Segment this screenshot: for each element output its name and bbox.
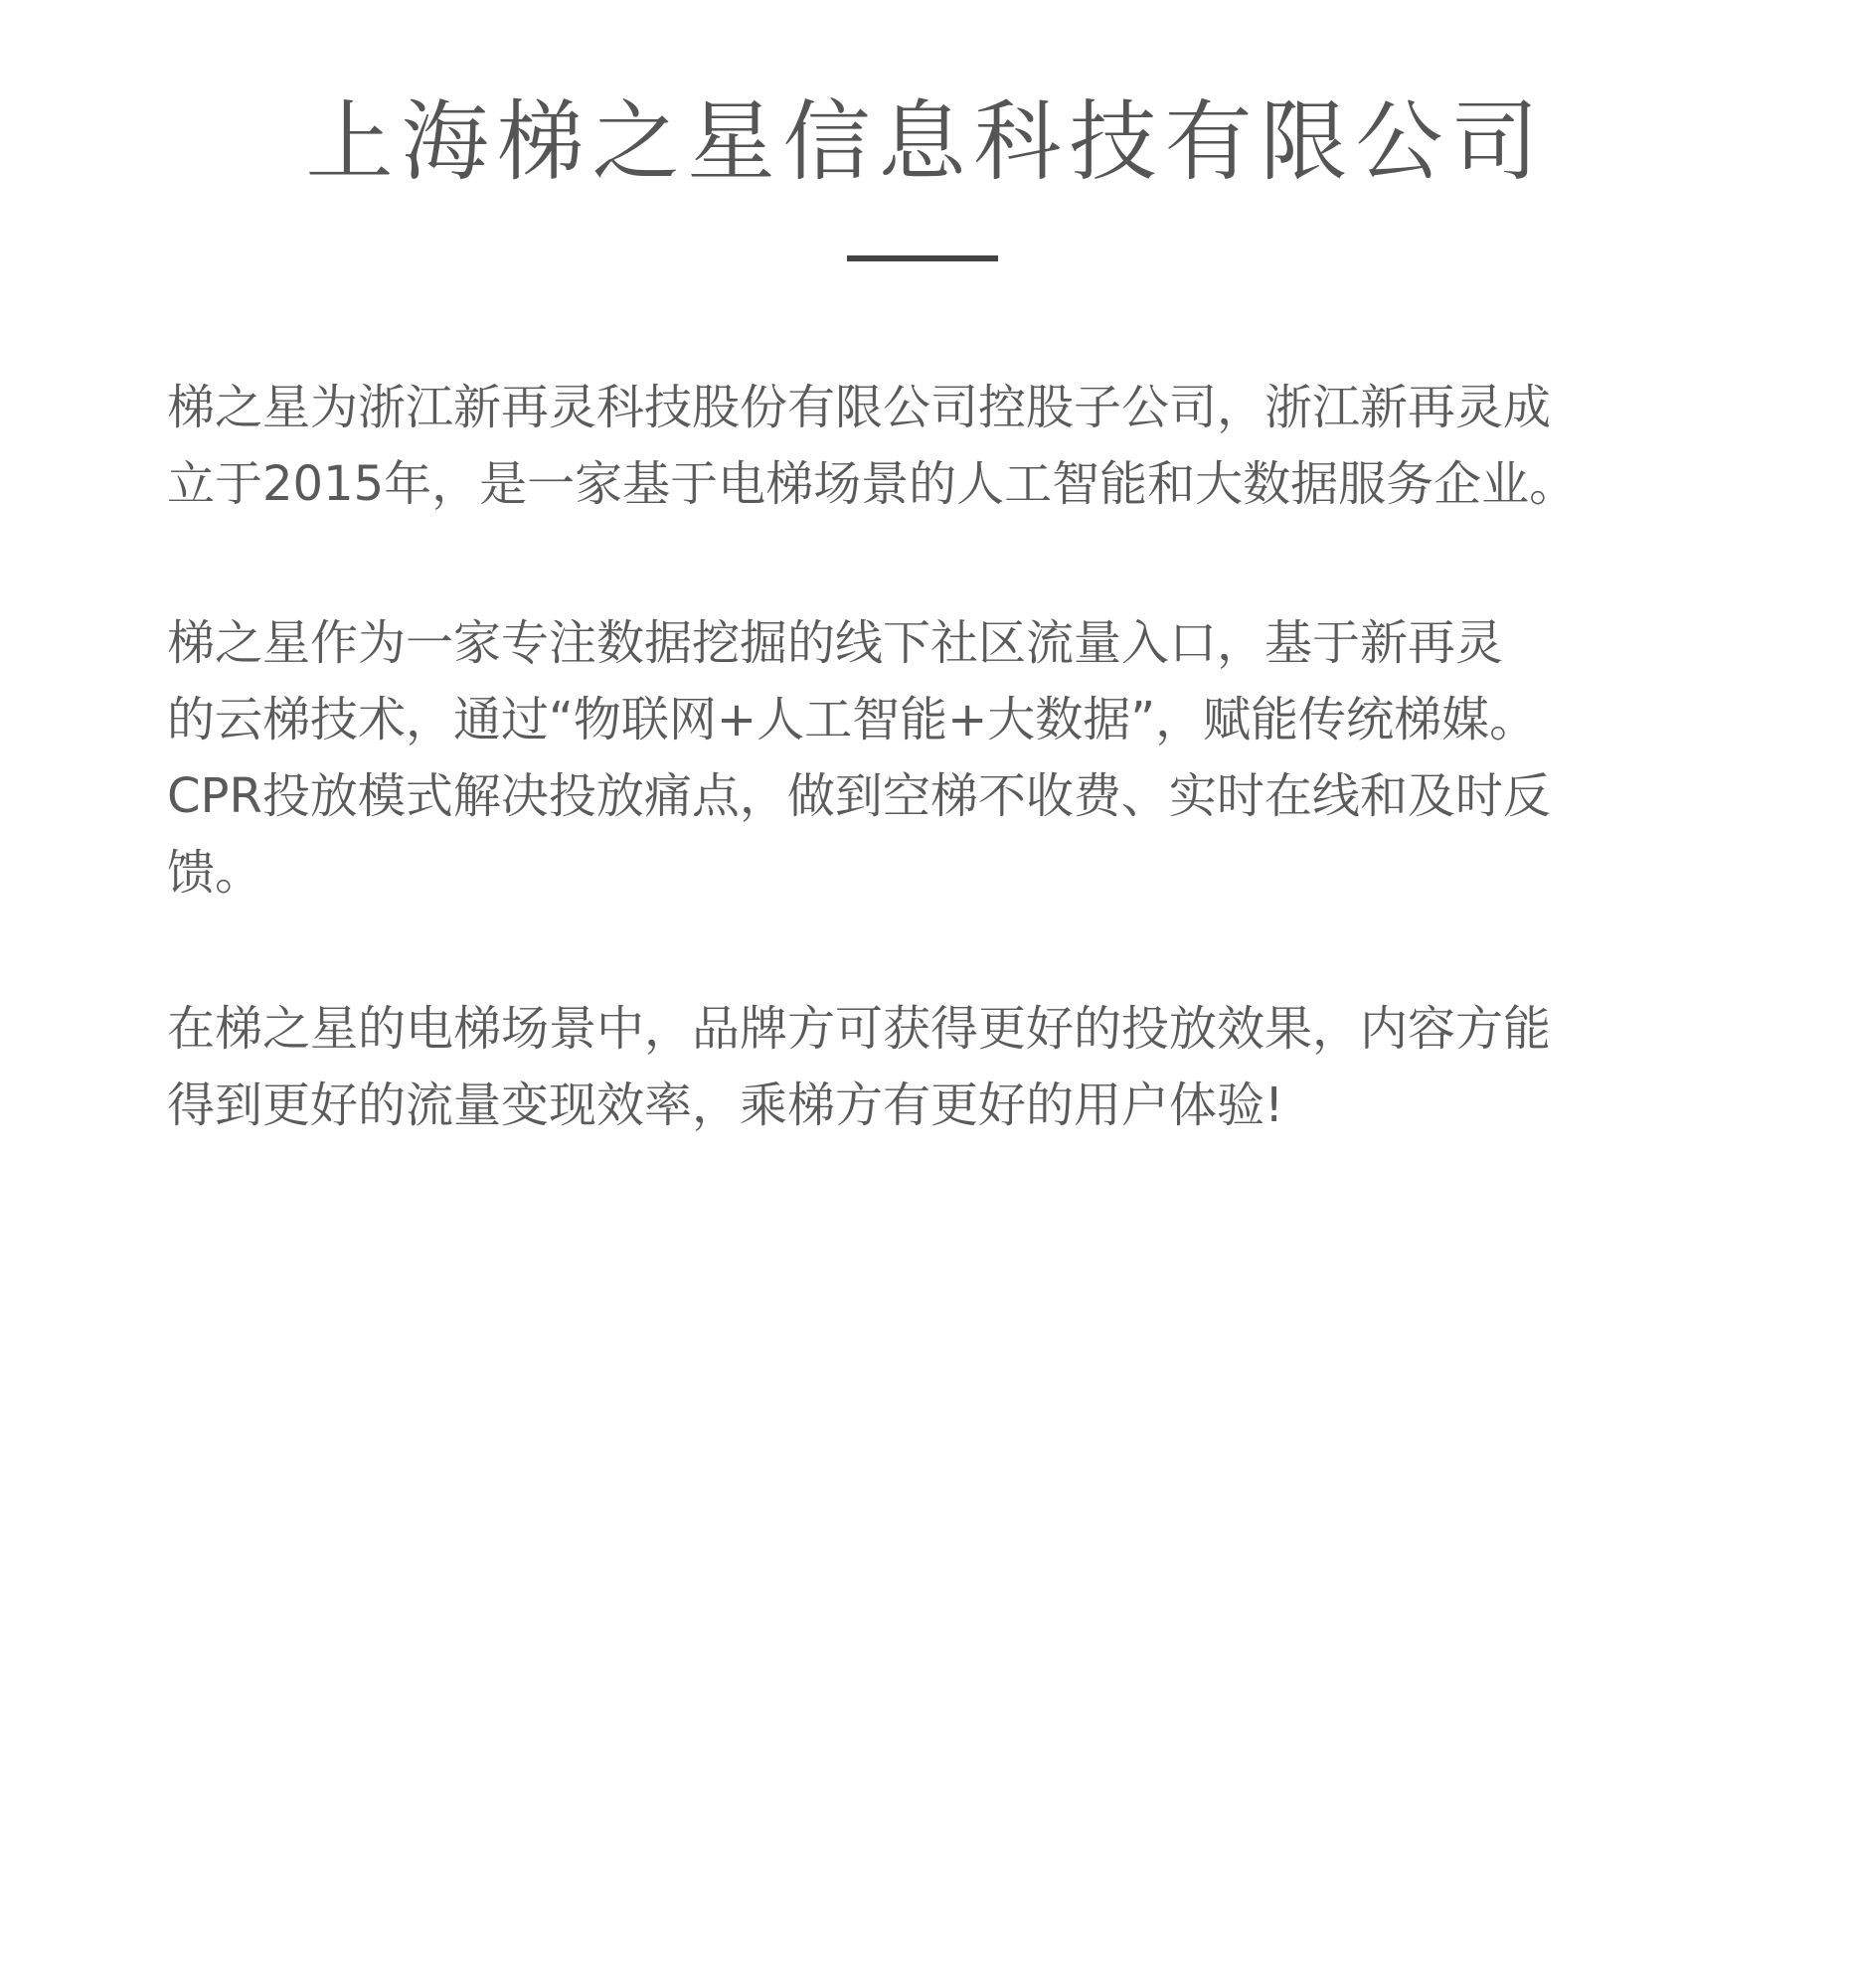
paragraph-line: 的云梯技术，通过“物联网+人工智能+大数据”，赋能传统梯媒。 <box>167 682 1688 758</box>
paragraph-line: 馈。 <box>167 835 1688 911</box>
paragraph-line: 立于2015年，是一家基于电梯场景的人工智能和大数据服务企业。 <box>167 446 1688 523</box>
paragraph-line: 梯之星作为一家专注数据挖掘的线下社区流量入口，基于新再灵 <box>167 605 1688 682</box>
page-title: 上海梯之星信息科技有限公司 <box>0 87 1852 197</box>
intro-paragraph-1: 梯之星为浙江新再灵科技股份有限公司控股子公司，浙江新再灵成 立于2015年，是一… <box>167 370 1688 523</box>
title-divider <box>847 255 998 261</box>
paragraph-line: 梯之星为浙江新再灵科技股份有限公司控股子公司，浙江新再灵成 <box>167 370 1688 446</box>
paragraph-line: 在梯之星的电梯场景中，品牌方可获得更好的投放效果，内容方能 <box>167 991 1688 1068</box>
intro-paragraph-2: 梯之星作为一家专注数据挖掘的线下社区流量入口，基于新再灵 的云梯技术，通过“物联… <box>167 605 1688 911</box>
company-intro-page: 上海梯之星信息科技有限公司 梯之星为浙江新再灵科技股份有限公司控股子公司，浙江新… <box>0 0 1852 1988</box>
paragraph-line: 得到更好的流量变现效率，乘梯方有更好的用户体验! <box>167 1068 1688 1144</box>
paragraph-line: CPR投放模式解决投放痛点，做到空梯不收费、实时在线和及时反 <box>167 758 1688 835</box>
intro-paragraph-3: 在梯之星的电梯场景中，品牌方可获得更好的投放效果，内容方能 得到更好的流量变现效… <box>167 991 1688 1144</box>
